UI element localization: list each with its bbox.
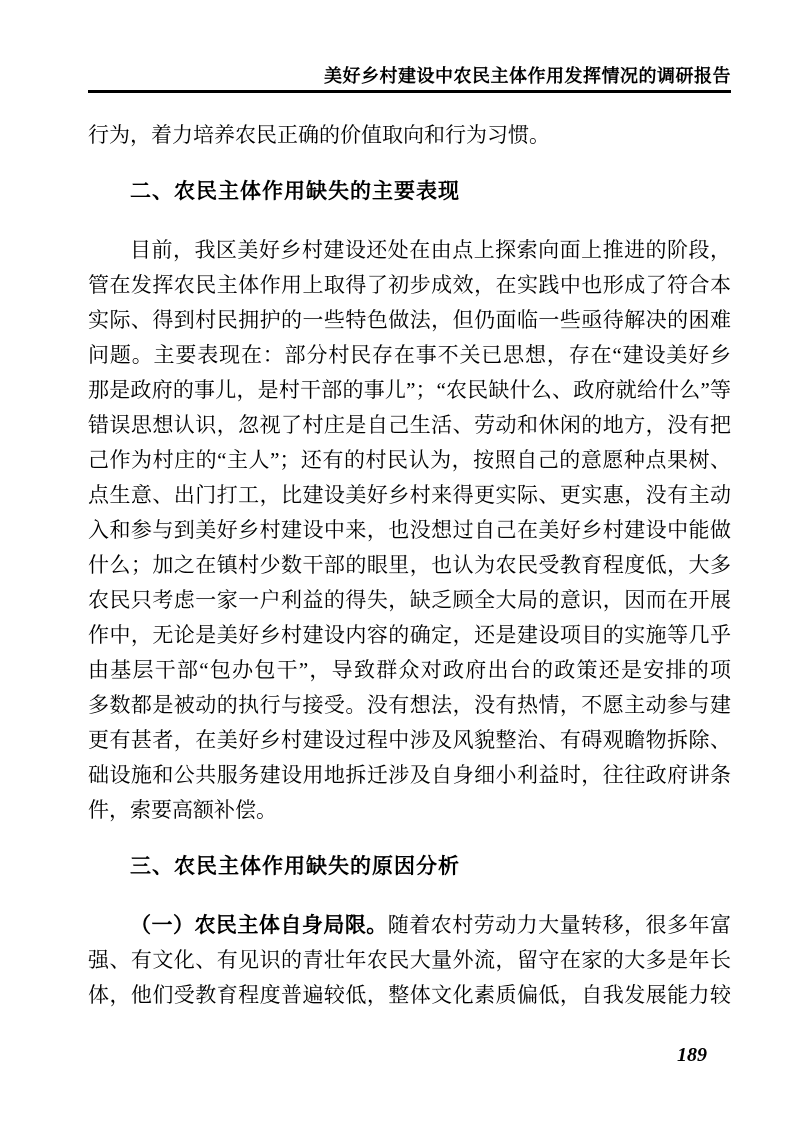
text-line: 强、有文化、有见识的青壮年农民大量外流，留守在家的大多是年长群 [88,943,731,978]
text-line: 问题。主要表现在：部分村民存在事不关已思想，存在“建设美好乡村， [88,338,731,373]
text-line: 础设施和公共服务建设用地拆迁涉及自身细小利益时，往往政府讲条 [88,758,731,793]
text-line: 行为，着力培养农民正确的价值取向和行为习惯。 [88,118,731,153]
text-line: 什么；加之在镇村少数干部的眼里，也认为农民受教育程度低，大多数 [88,548,731,583]
text-line: 管在发挥农民主体作用上取得了初步成效，在实践中也形成了符合本区 [88,268,731,303]
text-line: （一）农民主体自身局限。随着农村劳动力大量转移，很多年富力 [88,908,731,943]
text-line: 入和参与到美好乡村建设中来，也没想过自己在美好乡村建设中能做点 [88,513,731,548]
text-line: 那是政府的事儿，是村干部的事儿”；“农民缺什么、政府就给什么”等 [88,373,731,408]
header-rule [88,90,731,93]
text-line: 多数都是被动的执行与接受。没有想法，没有热情，不愿主动参与建设， [88,688,731,723]
document-page: 美好乡村建设中农民主体作用发挥情况的调研报告 行为，着力培养农民正确的价值取向和… [0,0,803,1133]
section-heading: 二、农民主体作用缺失的主要表现 [88,174,731,209]
text-line: 件，索要高额补偿。 [88,793,731,828]
document-body: 行为，着力培养农民正确的价值取向和行为习惯。二、农民主体作用缺失的主要表现目前，… [88,118,731,1013]
text-line: 点生意、出门打工，比建设美好乡村来得更实际、更实惠，没有主动融 [88,478,731,513]
text-line: 由基层干部“包办包干”，导致群众对政府出台的政策还是安排的项目， [88,653,731,688]
text-line: 己作为村庄的“主人”；还有的村民认为，按照自己的意愿种点果树、做 [88,443,731,478]
text-line: 错误思想认识，忽视了村庄是自己生活、劳动和休闲的地方，没有把自 [88,408,731,443]
text-line: 农民只考虑一家一户利益的得失，缺乏顾全大局的意识，因而在开展工 [88,583,731,618]
text-line: 更有甚者，在美好乡村建设过程中涉及风貌整治、有碍观瞻物拆除、基 [88,723,731,758]
text-line: 作中，无论是美好乡村建设内容的确定，还是建设项目的实施等几乎都 [88,618,731,653]
header-title: 美好乡村建设中农民主体作用发挥情况的调研报告 [324,62,731,88]
paragraph-lead: （一）农民主体自身局限。 [130,914,388,937]
section-heading: 三、农民主体作用缺失的原因分析 [88,849,731,884]
page-number: 189 [677,1044,707,1067]
text-line: 目前，我区美好乡村建设还处在由点上探索向面上推进的阶段，尽 [88,233,731,268]
text-line: 体，他们受教育程度普遍较低，整体文化素质偏低，自我发展能力较弱， [88,978,731,1013]
text-line: 实际、得到村民拥护的一些特色做法，但仍面临一些亟待解决的困难和 [88,303,731,338]
